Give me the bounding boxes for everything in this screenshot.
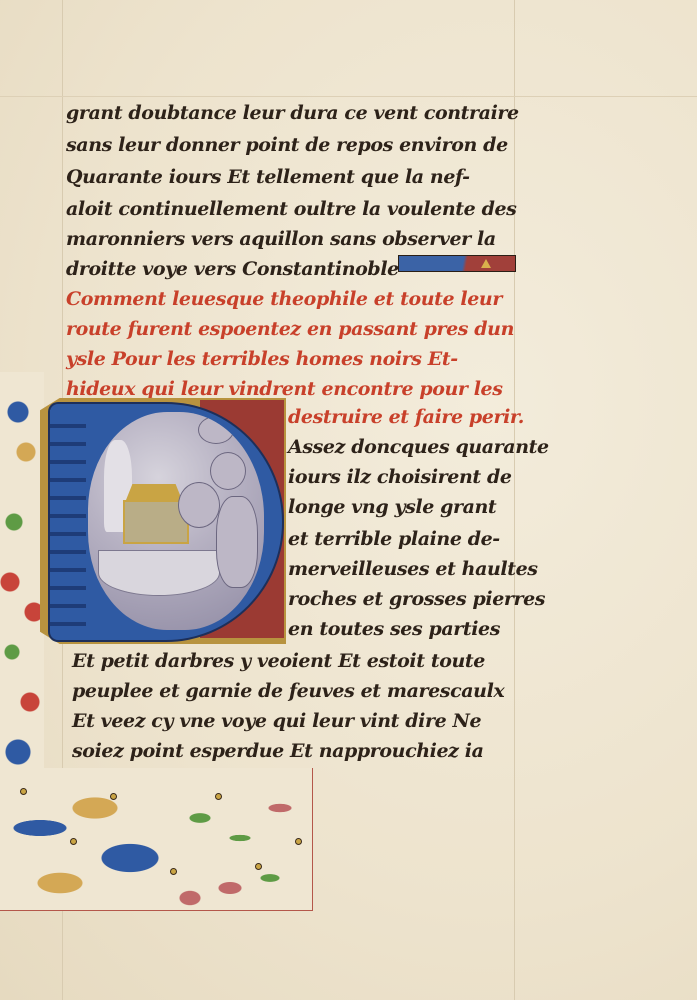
initial-stem-pattern: [50, 410, 86, 632]
floral-border-left: [0, 372, 44, 772]
gold-dot-icon: [170, 868, 177, 875]
text-line: Quarante iours Et tellement que la nef-: [66, 166, 470, 188]
gold-dot-icon: [215, 793, 222, 800]
miniature-painting: [88, 412, 264, 630]
text-line: roches et grosses pierres: [288, 588, 545, 610]
ruling-line: [0, 96, 697, 97]
rubric-line: hideux qui leur vindrent encontre pour l…: [66, 378, 503, 400]
text-line: aloit continuellement oultre la voulente…: [66, 198, 516, 220]
wild-man-figure: [178, 482, 220, 528]
text-line: longe vng ysle grant: [288, 496, 496, 518]
text-line: Et petit darbres y veoient Et estoit tou…: [72, 650, 485, 672]
text-line: grant doubtance leur dura ce vent contra…: [66, 102, 519, 124]
rubric-line: route furent espoentez en passant pres d…: [66, 318, 514, 340]
gold-dot-icon: [295, 838, 302, 845]
manuscript-page: grant doubtance leur dura ce vent contra…: [0, 0, 697, 1000]
ruling-line: [514, 0, 515, 1000]
wild-man-figure: [210, 452, 246, 490]
text-line: soiez point esperdue Et napprouchiez ia: [72, 740, 484, 762]
wild-man-figure: [198, 416, 234, 444]
text-line: peuplee et garnie de feuves et marescaul…: [72, 680, 504, 702]
rubric-line: destruire et faire perir.: [288, 406, 524, 428]
text-line: en toutes ses parties: [288, 618, 500, 640]
text-line: et terrible plaine de-: [288, 528, 500, 550]
rubric-line: Comment leuesque theophile et toute leur: [66, 288, 502, 310]
text-line: iours ilz choisirent de: [288, 466, 512, 488]
rubric-line: ysle Pour les terribles homes noirs Et-: [66, 348, 458, 370]
line-filler-decoration: [398, 255, 516, 272]
gold-dot-icon: [20, 788, 27, 795]
wild-man-figure: [216, 496, 258, 588]
text-line: sans leur donner point de repos environ …: [66, 134, 508, 156]
gold-ornament-icon: [481, 259, 491, 268]
gold-dot-icon: [255, 863, 262, 870]
gold-dot-icon: [110, 793, 117, 800]
text-line: maronniers vers aquillon sans observer l…: [66, 228, 496, 250]
text-line: merveilleuses et haultes: [288, 558, 538, 580]
floral-border-bottom: [0, 768, 313, 911]
text-line: Assez doncques quarante: [288, 436, 549, 458]
gold-dot-icon: [70, 838, 77, 845]
text-line: droitte voye vers Constantinoble: [66, 258, 399, 280]
text-line: Et veez cy vne voye qui leur vint dire N…: [72, 710, 481, 732]
boat: [98, 550, 220, 596]
